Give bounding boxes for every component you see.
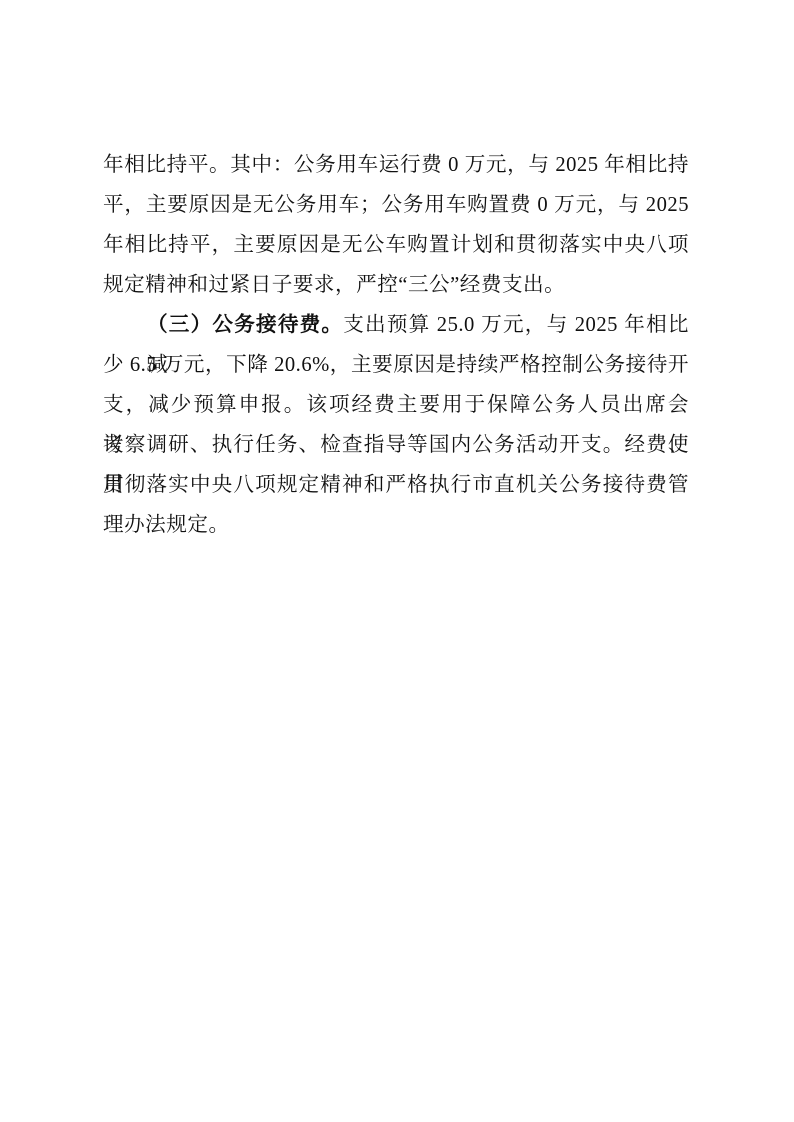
body-line-6: 少 6.5 万元，下降 20.6%，主要原因是持续严格控制公务接待开 — [103, 345, 689, 385]
document-page: 年相比持平。其中：公务用车运行费 0 万元，与 2025 年相比持 平，主要原因… — [0, 0, 794, 1122]
body-line-8: 考察调研、执行任务、检查指导等国内公务活动开支。经费使用 — [103, 425, 689, 465]
body-line-9: 贯彻落实中央八项规定精神和严格执行市直机关公务接待费管 — [103, 465, 689, 505]
body-line-10: 理办法规定。 — [103, 505, 689, 545]
document-body: 年相比持平。其中：公务用车运行费 0 万元，与 2025 年相比持 平，主要原因… — [103, 145, 689, 545]
body-line-3: 年相比持平，主要原因是无公车购置计划和贯彻落实中央八项 — [103, 225, 689, 265]
body-line-7: 支，减少预算申报。该项经费主要用于保障公务人员出席会议、 — [103, 385, 689, 425]
body-line-1: 年相比持平。其中：公务用车运行费 0 万元，与 2025 年相比持 — [103, 145, 689, 185]
body-line-5: （三）公务接待费。支出预算 25.0 万元，与 2025 年相比减 — [103, 305, 689, 345]
body-line-2: 平，主要原因是无公务用车；公务用车购置费 0 万元，与 2025 — [103, 185, 689, 225]
section-heading: （三）公务接待费。 — [147, 314, 343, 336]
body-line-4: 规定精神和过紧日子要求，严控“三公”经费支出。 — [103, 265, 689, 305]
